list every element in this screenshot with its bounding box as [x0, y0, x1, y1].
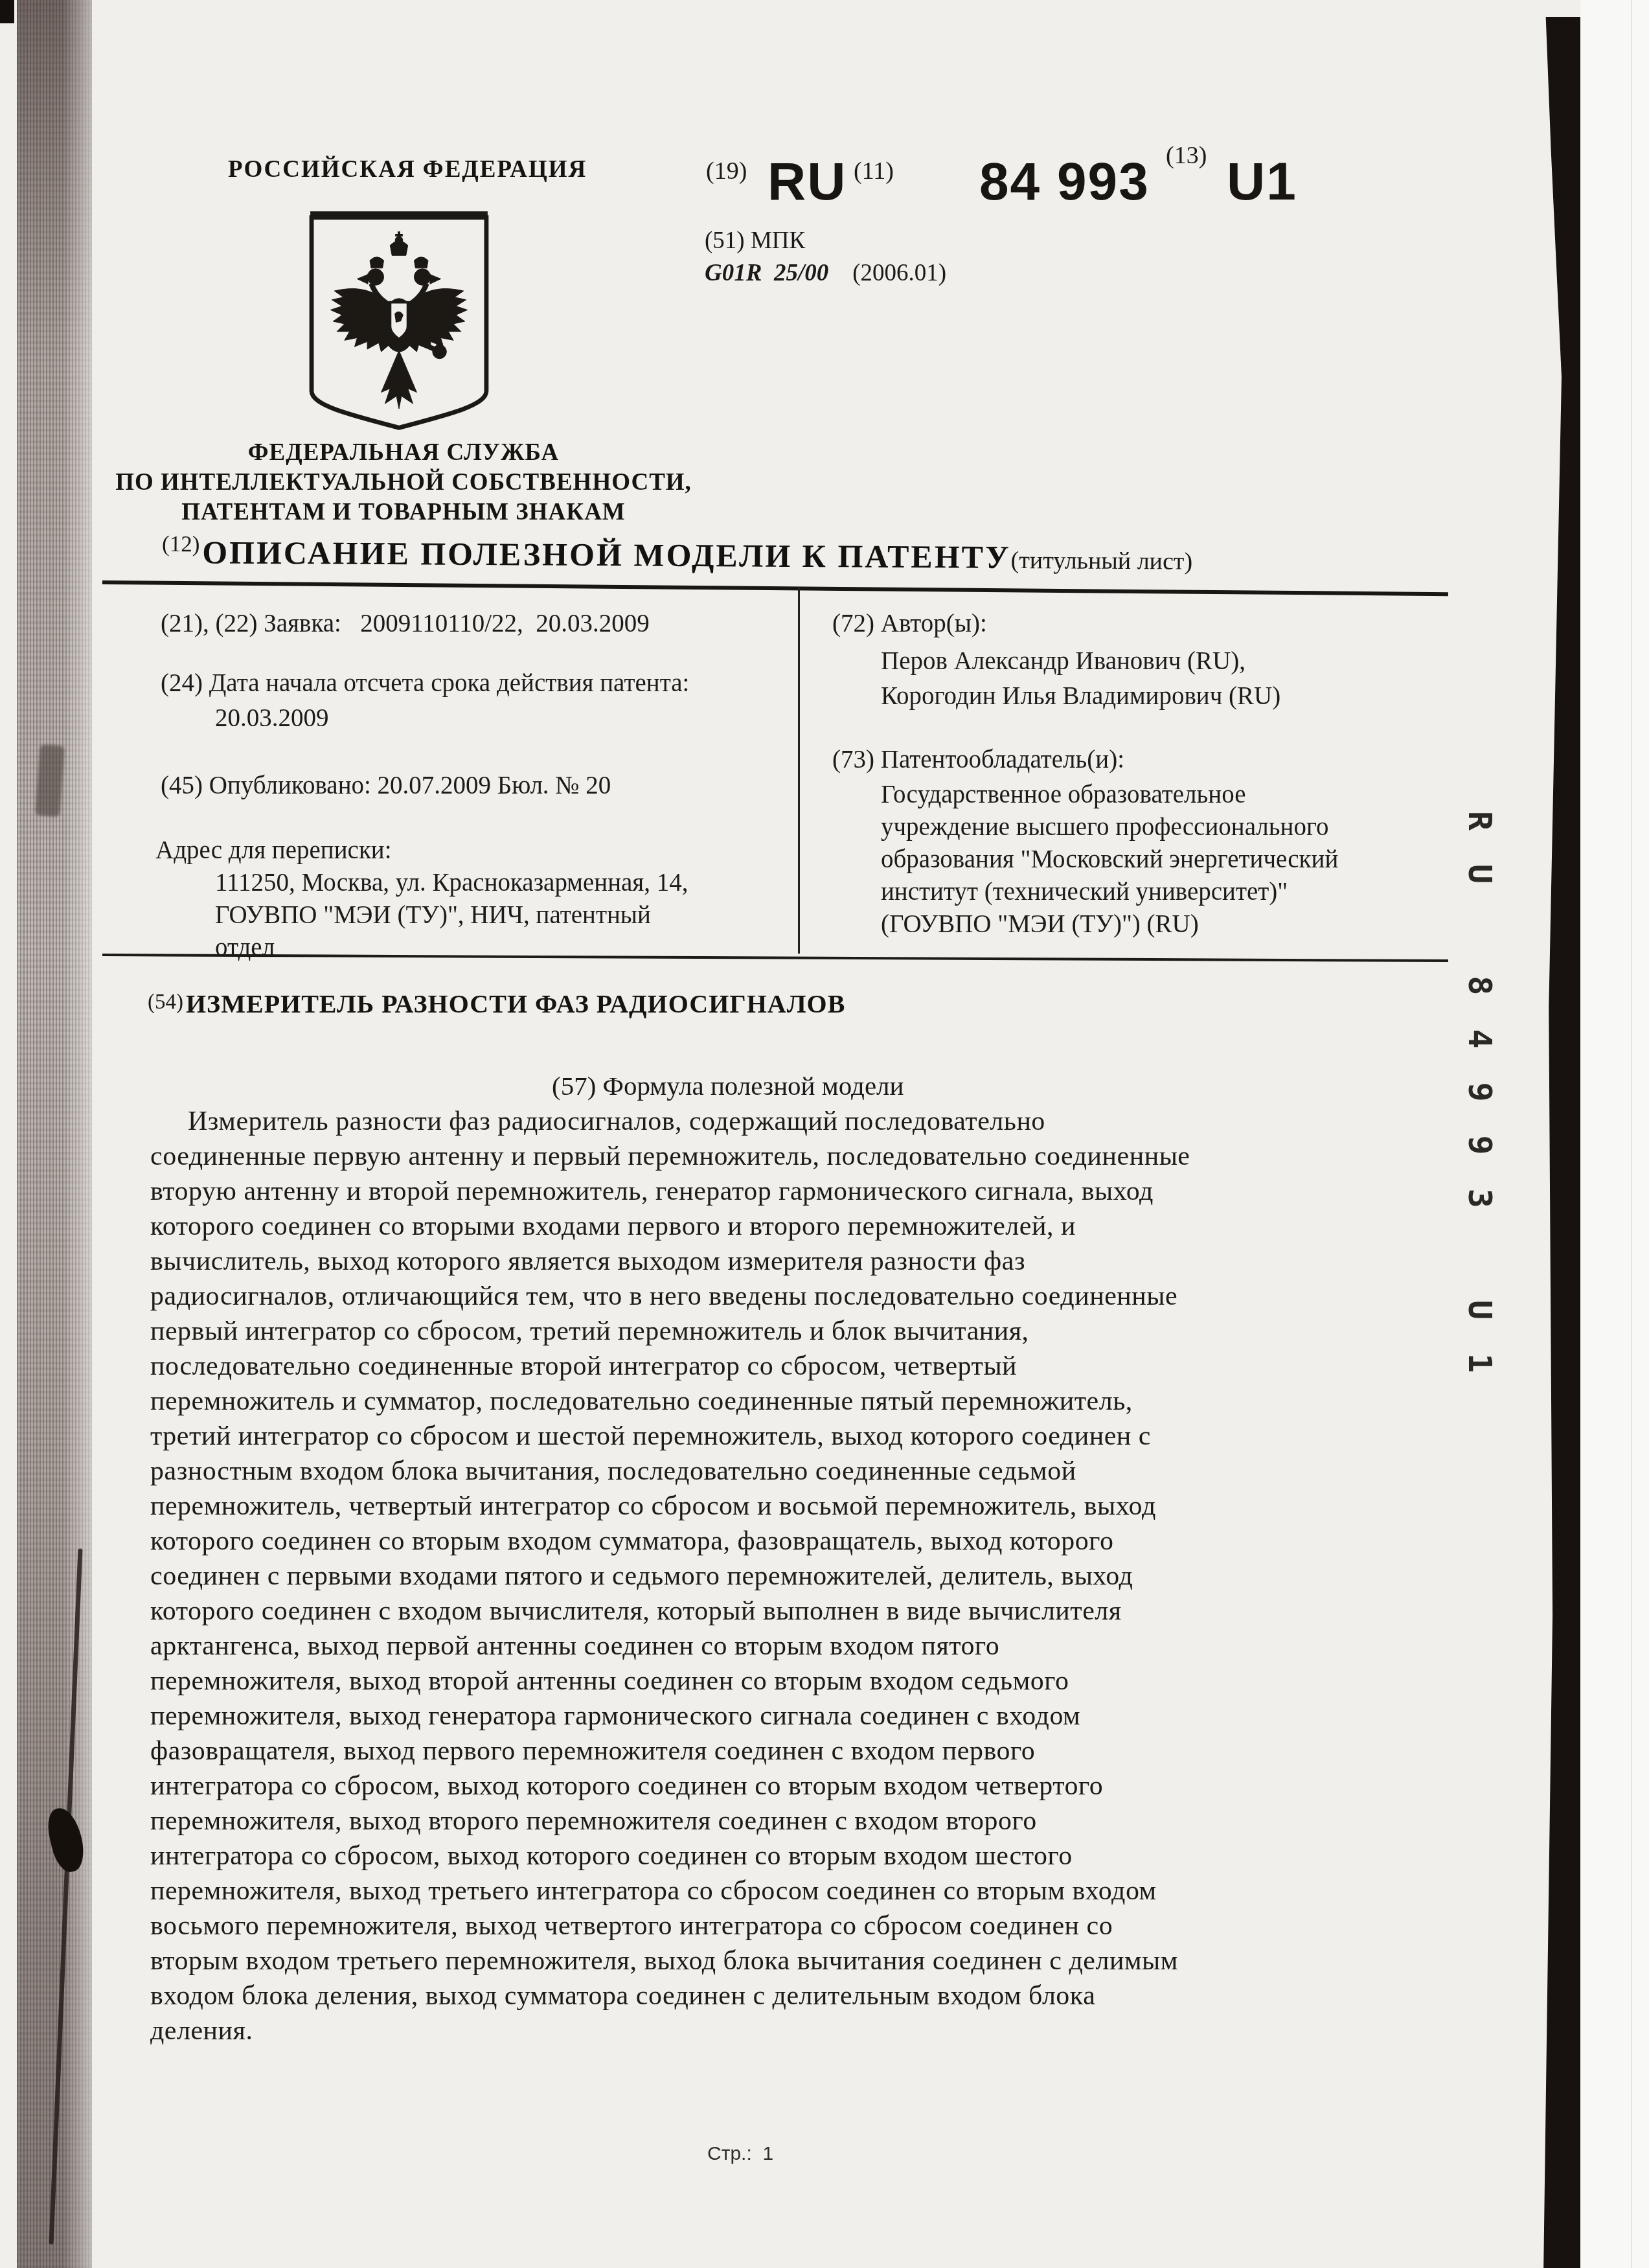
- patent-title-page: РОССИЙСКАЯ ФЕДЕРАЦИЯ (19) RU (11) 84 993…: [0, 0, 1649, 2268]
- inid-54: (54): [148, 991, 183, 1014]
- claims-line: разностным входом блока вычитания, после…: [150, 1454, 1465, 1489]
- sidebar-patent-code: RU 84993 U1: [1461, 811, 1499, 1556]
- claims-line: восьмого перемножителя, выход четвертого…: [150, 1908, 1465, 1943]
- patent-holder-line: образования "Московский энергетический: [881, 843, 1338, 876]
- claims-line: Измеритель разности фаз радиосигналов, с…: [150, 1104, 1465, 1139]
- horizontal-rule-top: [102, 580, 1448, 596]
- federal-service-name: ФЕДЕРАЛЬНАЯ СЛУЖБАПО ИНТЕЛЛЕКТУАЛЬНОЙ СО…: [83, 438, 724, 527]
- ipc-classification: G01R 25/00 (2006.01): [705, 259, 946, 287]
- claims-line: вычислитель, выход которого является вых…: [150, 1244, 1465, 1279]
- publication-info: (45) Опубликовано: 20.07.2009 Бюл. № 20: [161, 771, 611, 800]
- scan-smudge: [35, 744, 65, 817]
- claims-line: вторым входом третьего перемножителя, вы…: [150, 1943, 1465, 1978]
- claims-heading: (57) Формула полезной модели: [552, 1070, 904, 1101]
- authority-line: ПАТЕНТАМ И ТОВАРНЫМ ЗНАКАМ: [83, 498, 724, 527]
- kind-code: U1: [1227, 155, 1297, 209]
- patent-number: 84 993: [979, 155, 1150, 209]
- claims-line: третий интегратор со сбросом и шестой пе…: [150, 1419, 1465, 1454]
- scan-seam-right: [1631, 0, 1632, 2268]
- country-code: RU: [768, 155, 847, 209]
- scan-corner-mark: [0, 0, 14, 23]
- claims-line: фазовращателя, выход первого перемножите…: [150, 1734, 1465, 1769]
- claims-line: которого соединен со вторыми входами пер…: [150, 1209, 1465, 1244]
- claims-line: которого соединен со вторым входом сумма…: [150, 1524, 1465, 1559]
- term-start-date: 20.03.2009: [215, 704, 329, 733]
- scan-margin-right: [1580, 0, 1649, 2268]
- invention-title-text: ИЗМЕРИТЕЛЬ РАЗНОСТИ ФАЗ РАДИОСИГНАЛОВ: [186, 989, 845, 1018]
- application-number: (21), (22) Заявка: 2009110110/22, 20.03.…: [161, 609, 650, 638]
- country-name: РОССИЙСКАЯ ФЕДЕРАЦИЯ: [228, 155, 587, 183]
- author-name: Корогодин Илья Владимирович (RU): [881, 679, 1280, 714]
- claims-line: деления.: [150, 2013, 1465, 2048]
- claims-line: соединенные первую антенну и первый пере…: [150, 1139, 1465, 1174]
- patent-holder-line: (ГОУВПО "МЭИ (ТУ)") (RU): [881, 908, 1338, 941]
- claims-line: радиосигналов, отличающийся тем, что в н…: [150, 1279, 1465, 1314]
- claims-line: первый интегратор со сбросом, третий пер…: [150, 1314, 1465, 1349]
- claims-line: перемножителя, выход третьего интегратор…: [150, 1873, 1465, 1908]
- page-number: Стр.: 1: [707, 2143, 773, 2165]
- authority-line: ФЕДЕРАЛЬНАЯ СЛУЖБА: [83, 438, 724, 468]
- claims-line: интегратора со сбросом, выход которого с…: [150, 1769, 1465, 1804]
- inid-11: (11): [854, 157, 894, 185]
- correspondence-address-label: Адрес для переписки:: [155, 836, 392, 865]
- inid-19: (19): [706, 157, 747, 185]
- claims-line: которого соединен с входом вычислителя, …: [150, 1594, 1465, 1629]
- claims-line: перемножителя, выход генератора гармонич…: [150, 1699, 1465, 1734]
- address-line: ГОУВПО "МЭИ (ТУ)", НИЧ, патентный: [215, 899, 688, 932]
- patent-holder: Государственное образовательноеучреждени…: [881, 779, 1338, 941]
- claims-line: вторую антенну и второй перемножитель, г…: [150, 1174, 1465, 1209]
- address-line: 111250, Москва, ул. Красноказарменная, 1…: [215, 867, 688, 899]
- patent-holder-line: институт (технический университет)": [881, 876, 1338, 908]
- claims-line: входом блока деления, выход сумматора со…: [150, 1978, 1465, 2013]
- term-start-label: (24) Дата начала отсчета срока действия …: [161, 669, 689, 698]
- ipc-label: (51) МПК: [705, 227, 805, 255]
- correspondence-address: 111250, Москва, ул. Красноказарменная, 1…: [215, 867, 688, 964]
- authors-label: (72) Автор(ы):: [832, 609, 987, 638]
- invention-title: (54) ИЗМЕРИТЕЛЬ РАЗНОСТИ ФАЗ РАДИОСИГНАЛ…: [148, 989, 845, 1019]
- address-line: отдел: [215, 932, 688, 964]
- claims-line: перемножитель, четвертый интегратор со с…: [150, 1489, 1465, 1524]
- inid-12: (12): [162, 531, 200, 556]
- claims-line: интегратора со сбросом, выход которого с…: [150, 1838, 1465, 1873]
- ipc-class: G01R 25/00: [705, 260, 828, 286]
- ipc-version-date: (2006.01): [852, 260, 946, 286]
- claims-line: последовательно соединенные второй интег…: [150, 1349, 1465, 1384]
- patent-holder-label: (73) Патентообладатель(и):: [832, 745, 1124, 774]
- claims-line: перемножителя, выход второй антенны соед…: [150, 1664, 1465, 1699]
- patent-holder-line: учреждение высшего профессионального: [881, 811, 1338, 843]
- scan-binding-band-right: [1543, 17, 1580, 2268]
- claims-line: арктангенса, выход первой антенны соедин…: [150, 1629, 1465, 1664]
- document-type-title: (12) ОПИСАНИЕ ПОЛЕЗНОЙ МОДЕЛИ К ПАТЕНТУ(…: [162, 531, 1193, 577]
- authors-list: Перов Александр Иванович (RU),Корогодин …: [881, 644, 1280, 714]
- claims-line: соединен с первыми входами пятого и седь…: [150, 1559, 1465, 1594]
- claims-line: перемножителя, выход второго перемножите…: [150, 1804, 1465, 1838]
- claims-text: Измеритель разности фаз радиосигналов, с…: [150, 1104, 1465, 2048]
- document-type-main: ОПИСАНИЕ ПОЛЕЗНОЙ МОДЕЛИ К ПАТЕНТУ: [202, 534, 1011, 575]
- patent-holder-line: Государственное образовательное: [881, 779, 1338, 811]
- biblio-column-divider: [798, 587, 800, 954]
- document-type-suffix: (титульный лист): [1011, 547, 1193, 575]
- inid-13: (13): [1166, 141, 1207, 170]
- author-name: Перов Александр Иванович (RU),: [881, 644, 1280, 679]
- authority-line: ПО ИНТЕЛЛЕКТУАЛЬНОЙ СОБСТВЕННОСТИ,: [83, 468, 724, 498]
- claims-line: перемножитель и сумматор, последовательн…: [150, 1384, 1465, 1419]
- scan-edge-fade-left: [62, 0, 120, 2268]
- russian-coat-of-arms-icon: [303, 207, 495, 435]
